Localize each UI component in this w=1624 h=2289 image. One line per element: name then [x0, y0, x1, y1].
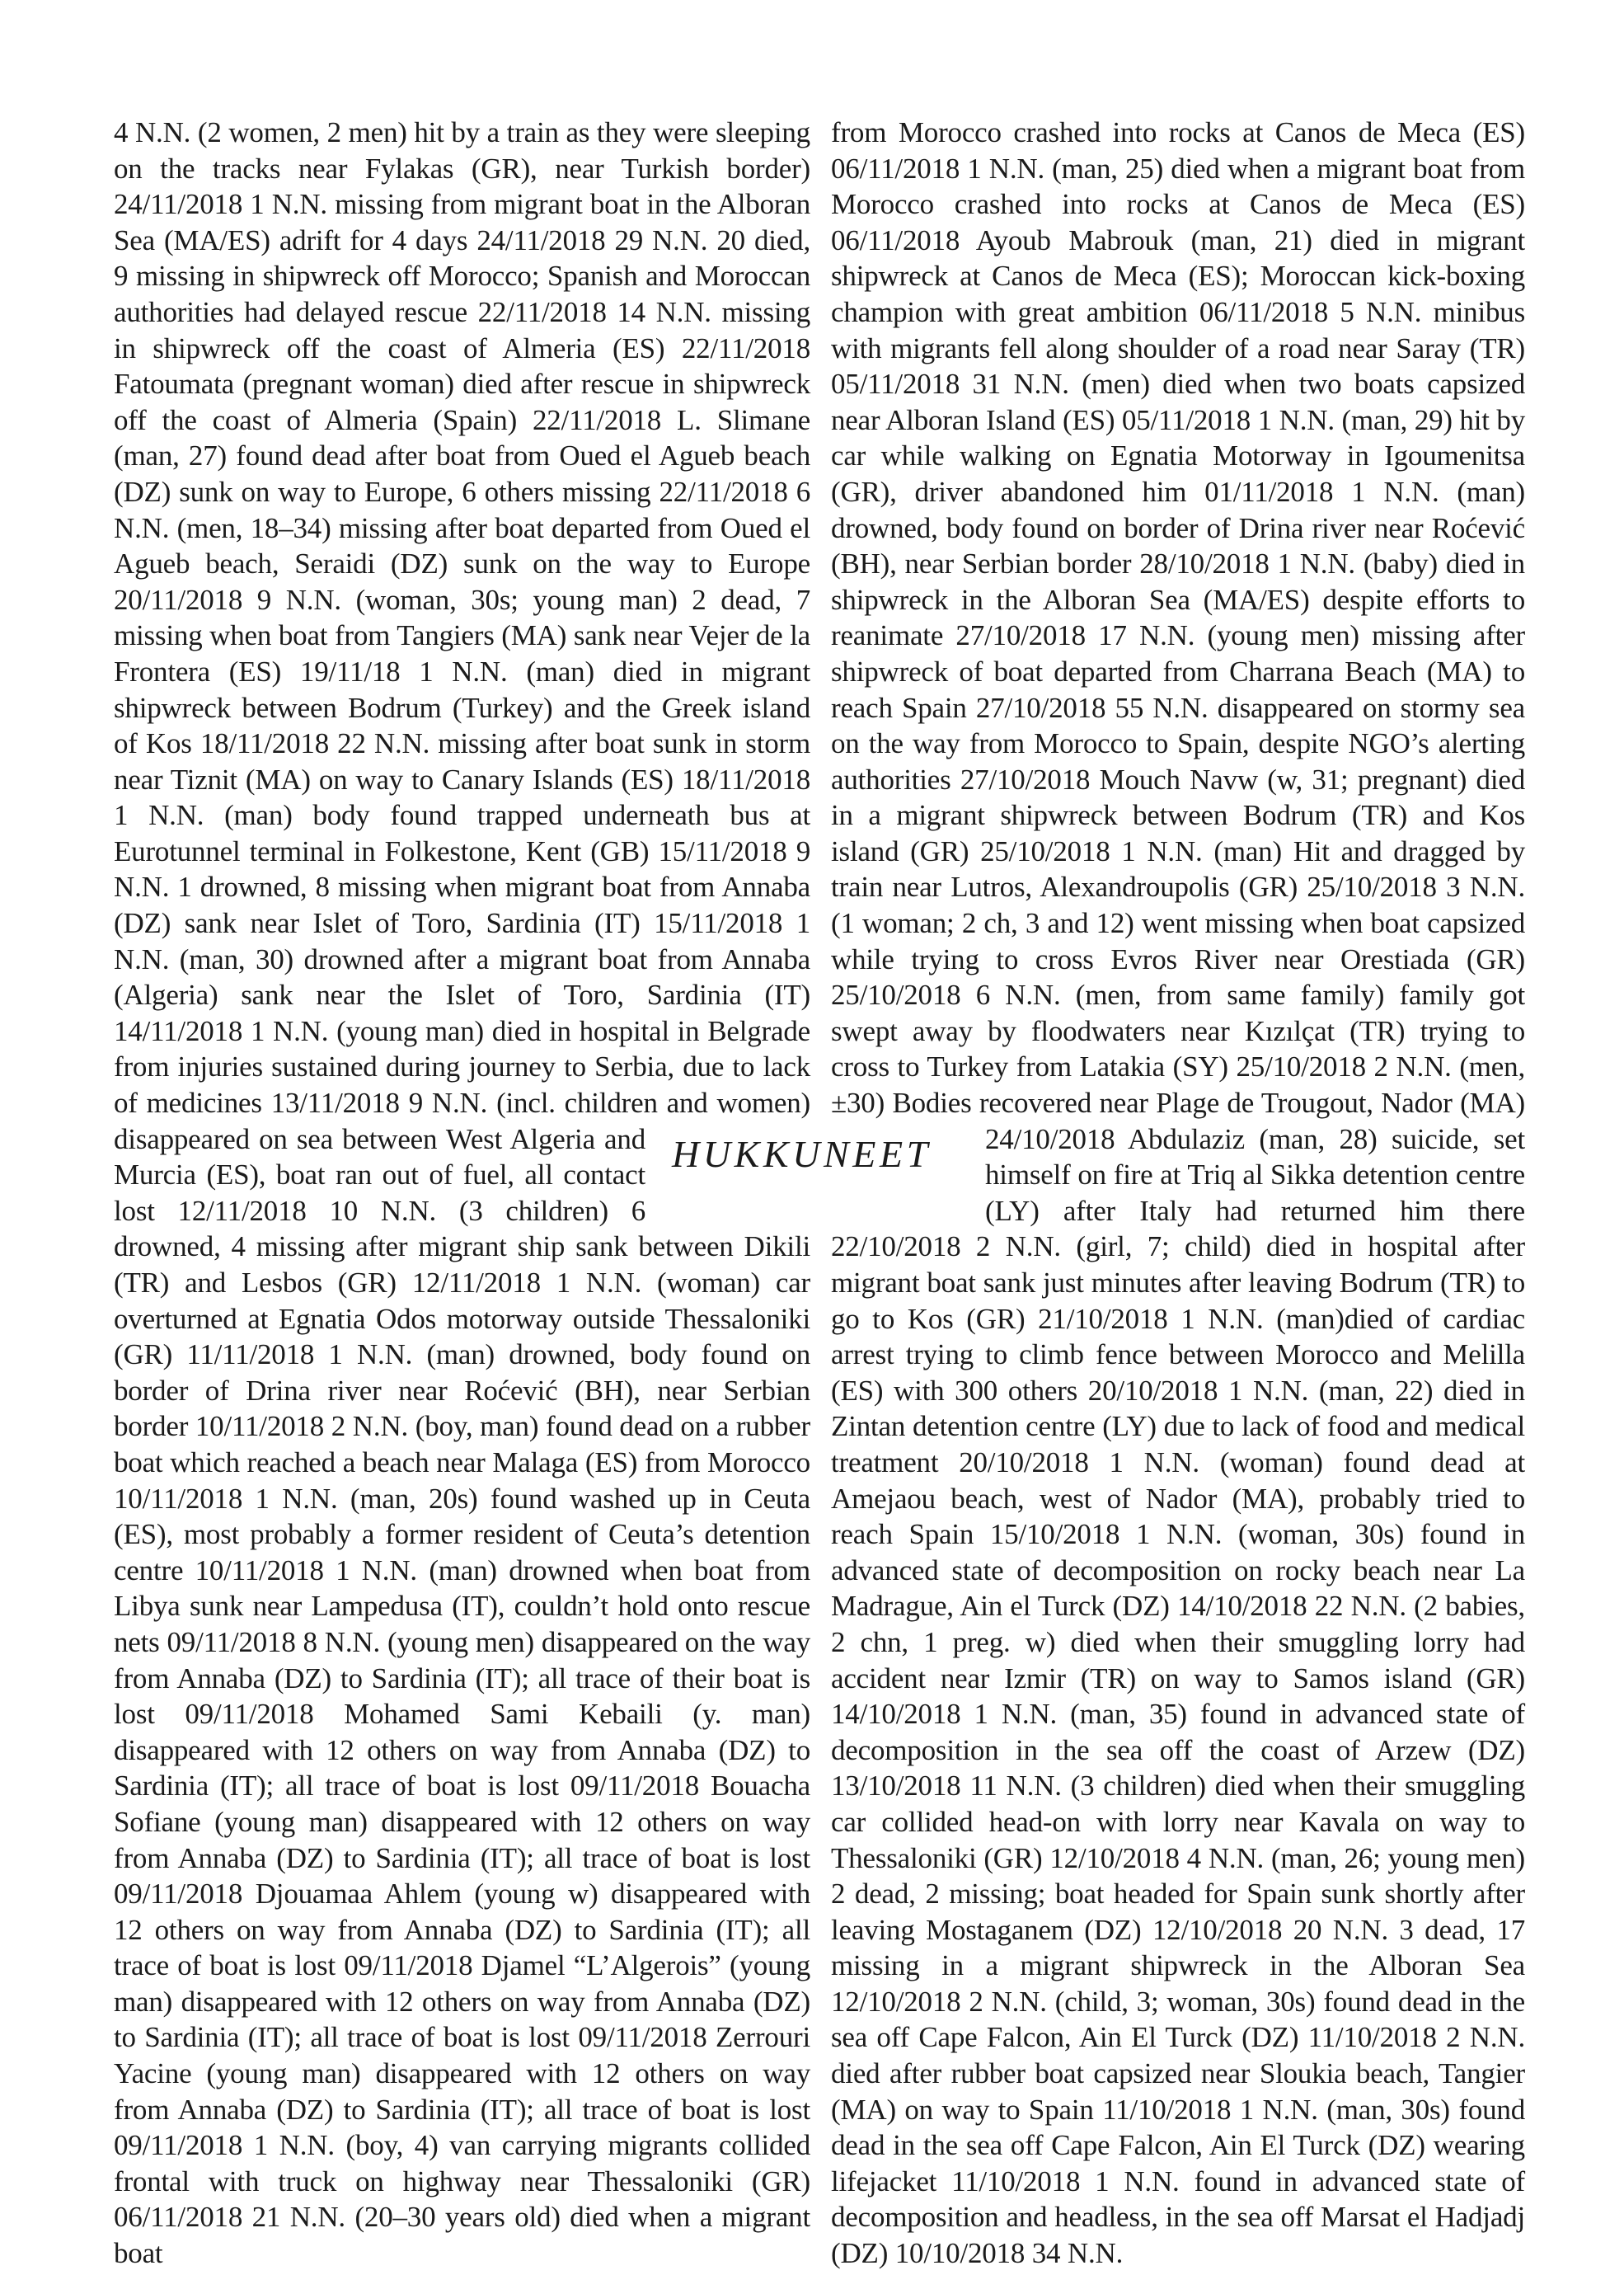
right-column-text-part2: 24/10/2018 Abdulaziz (man, 28) suicide, … [831, 1123, 1525, 2269]
document-page: 4 N.N. (2 women, 2 men) hit by a train a… [0, 0, 1624, 2289]
left-column-text-part1: 4 N.N. (2 women, 2 men) hit by a train a… [114, 116, 810, 1119]
center-title-float: HUKKUNEET [645, 1121, 810, 1194]
left-column-text-part2: women) disappeared on sea between West A… [114, 1087, 810, 2269]
right-column-text-part1: from Morocco crashed into rocks at Canos… [831, 116, 1525, 1119]
right-column: from Morocco crashed into rocks at Canos… [831, 115, 1525, 2272]
title-wrap-spacer [831, 1121, 985, 1194]
left-column: 4 N.N. (2 women, 2 men) hit by a train a… [114, 115, 810, 2272]
